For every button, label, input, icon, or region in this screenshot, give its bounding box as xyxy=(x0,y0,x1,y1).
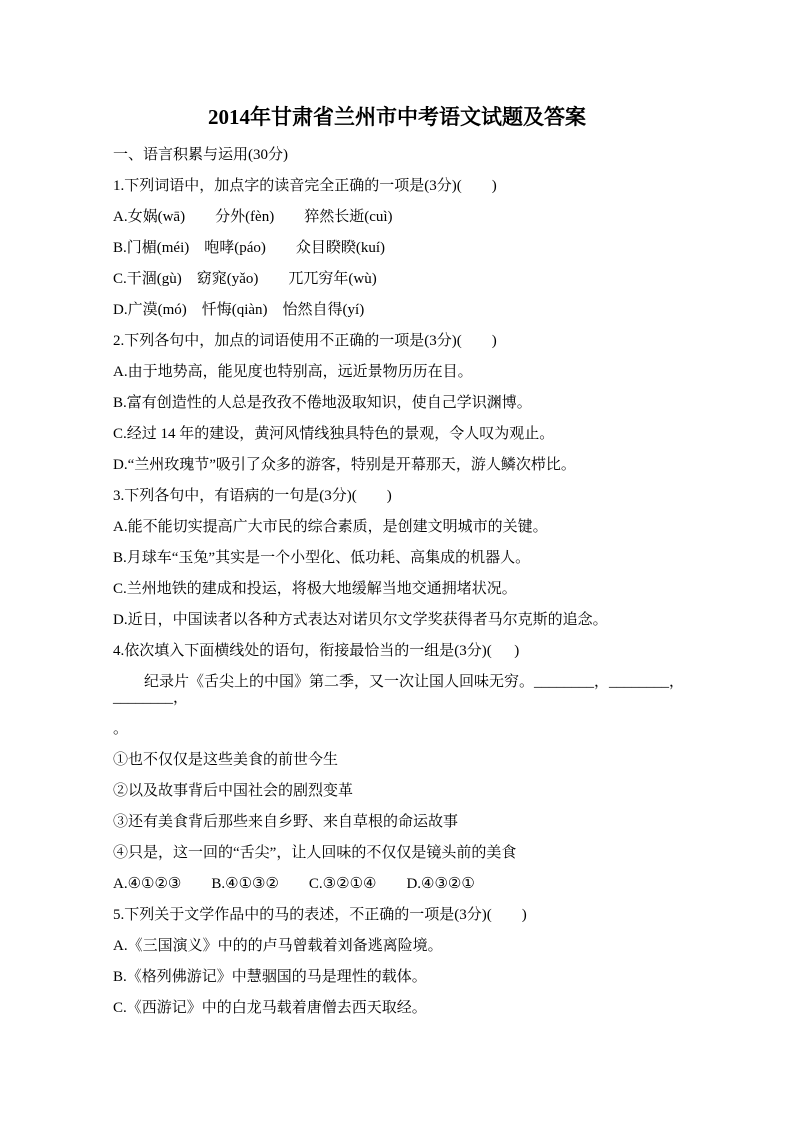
section-heading: 一、语言积累与运用(30分) xyxy=(113,147,739,163)
q2-option-c: C.经过 14 年的建设，黄河风情线独具特色的景观，令人叹为观止。 xyxy=(113,426,739,442)
q3-option-b: B.月球车“玉兔”其实是一个小型化、低功耗、高集成的机器人。 xyxy=(113,550,739,566)
q4-sentence-1: ①也不仅仅是这些美食的前世今生 xyxy=(113,752,739,768)
q4-answer-choices: A.④①②③ B.④①③② C.③②①④ D.④③②① xyxy=(113,876,739,892)
q3-option-a: A.能不能切实提高广大市民的综合素质，是创建文明城市的关键。 xyxy=(113,519,739,535)
q2-stem: 2.下列各句中，加点的词语使用不正确的一项是(3分)( ) xyxy=(113,333,739,349)
q1-option-b: B.门楣(méi) 咆哮(páo) 众目睽睽(kuí) xyxy=(113,240,739,256)
q1-option-a: A.女娲(wā) 分外(fèn) 猝然长逝(cuì) xyxy=(113,209,739,225)
q3-stem: 3.下列各句中，有语病的一句是(3分)( ) xyxy=(113,488,739,504)
q2-option-b: B.富有创造性的人总是孜孜不倦地汲取知识，使自己学识渊博。 xyxy=(113,395,739,411)
q4-intro-with-blanks: 纪录片《舌尖上的中国》第二季，又一次让国人回味无穷。________，_____… xyxy=(113,674,739,706)
q4-sentence-2: ②以及故事背后中国社会的剧烈变革 xyxy=(113,783,739,799)
q4-stem: 4.依次填入下面横线处的语句，衔接最恰当的一组是(3分)( ) xyxy=(113,643,739,659)
q4-sentence-3: ③还有美食背后那些来自乡野、来自草根的命运故事 xyxy=(113,814,739,830)
q2-option-d: D.“兰州玫瑰节”吸引了众多的游客，特别是开幕那天，游人鳞次栉比。 xyxy=(113,457,739,473)
page-title: 2014年甘肃省兰州市中考语文试题及答案 xyxy=(20,104,774,130)
exam-document-page: 2014年甘肃省兰州市中考语文试题及答案 一、语言积累与运用(30分) 1.下列… xyxy=(0,0,794,1123)
q2-option-a: A.由于地势高，能见度也特别高，远近景物历历在目。 xyxy=(113,364,739,380)
q4-sentence-4: ④只是，这一回的“舌尖”，让人回味的不仅仅是镜头前的美食 xyxy=(113,845,739,861)
q5-stem: 5.下列关于文学作品中的马的表述，不正确的一项是(3分)( ) xyxy=(113,907,739,923)
q3-option-d: D.近日，中国读者以各种方式表达对诺贝尔文学奖获得者马尔克斯的追念。 xyxy=(113,612,739,628)
q1-option-d: D.广漠(mó) 忏悔(qiàn) 怡然自得(yí) xyxy=(113,302,739,318)
q5-option-b: B.《格列佛游记》中慧骃国的马是理性的载体。 xyxy=(113,969,739,985)
q5-option-c: C.《西游记》中的白龙马载着唐僧去西天取经。 xyxy=(113,1000,739,1016)
q3-option-c: C.兰州地铁的建成和投运，将极大地缓解当地交通拥堵状况。 xyxy=(113,581,739,597)
q5-option-a: A.《三国演义》中的的卢马曾载着刘备逃离险境。 xyxy=(113,938,739,954)
q1-option-c: C.干涸(gù) 窈窕(yǎo) 兀兀穷年(wù) xyxy=(113,271,739,287)
q1-stem: 1.下列词语中，加点字的读音完全正确的一项是(3分)( ) xyxy=(113,178,739,194)
q4-intro-wrapped-period: 。 xyxy=(113,721,739,737)
